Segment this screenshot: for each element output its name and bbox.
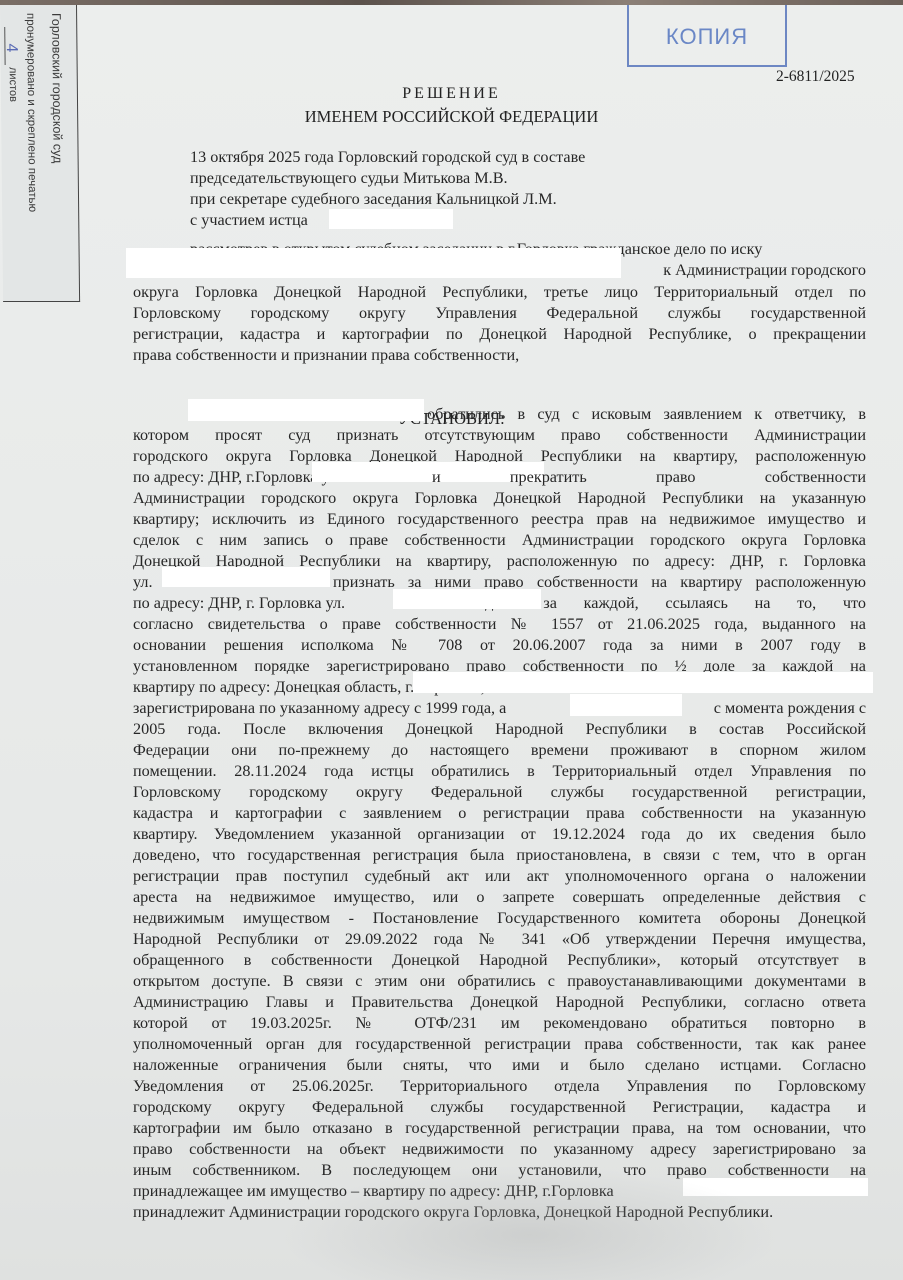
body-line: помещении. 28.11.2024 года истцы обратил… <box>133 762 866 781</box>
binding-strip: Горловский городской суд пронумеровано и… <box>0 5 80 302</box>
intro-line: Горловскому городскому округу Управления… <box>133 304 866 323</box>
redaction <box>188 399 424 421</box>
body-line: Администрацию Главы и Правительства Доне… <box>133 993 866 1012</box>
body-line: уполномоченный орган для государственной… <box>133 1035 866 1054</box>
body-line: ареста на недвижимое имущество, или о за… <box>133 888 866 907</box>
intro-line: округа Горловка Донецкой Народной Респуб… <box>133 283 866 302</box>
body-line: котором просят суд признать отсутствующи… <box>133 426 866 445</box>
intro-line: к Администрации городского <box>627 261 866 280</box>
body-line: наложенные ограничения были сняты, что и… <box>133 1056 866 1075</box>
intro-line: 13 октября 2025 года Горловский городско… <box>190 148 866 167</box>
redaction <box>162 567 330 587</box>
redaction <box>393 589 541 609</box>
body-line: квартиру. Уведомлением указанной организ… <box>133 825 866 844</box>
document-title: РЕШЕНИЕ <box>0 85 903 103</box>
intro-line: с участием истца <box>190 211 866 230</box>
body-line: согласно свидетельства о праве собственн… <box>133 615 866 634</box>
redaction <box>329 209 453 229</box>
body-line: квартиру; исключить из Единого государст… <box>133 510 866 529</box>
sheet-count-handwritten: 4 <box>2 44 20 53</box>
body-line: Народной Республики от 29.09.2022 года №… <box>133 930 866 949</box>
body-line: Администрации городского округа Горловка… <box>133 489 866 508</box>
case-number: 2-6811/2025 <box>776 68 855 86</box>
document-page: Горловский городской суд пронумеровано и… <box>0 5 903 1280</box>
body-line: иным собственником. В последующем они ус… <box>133 1161 866 1180</box>
body-line: по адресу: ДНР, г. Горловка ул. <box>133 594 393 613</box>
body-line: которой от 19.03.2025г. № ОТФ/231 им рек… <box>133 1014 866 1033</box>
copy-stamp: КОПИЯ <box>627 5 787 67</box>
intro-line: при секретаре судебного заседания Кальни… <box>190 190 866 209</box>
body-line: регистрации прав поступил судебный акт и… <box>133 867 866 886</box>
document-subtitle: ИМЕНЕМ РОССИЙСКОЙ ФЕДЕРАЦИИ <box>0 107 903 127</box>
body-line: обратились в суд с исковым заявлением к … <box>427 405 866 424</box>
body-line: обращенного в собственности Донецкой Нар… <box>133 951 866 970</box>
redaction <box>570 694 682 716</box>
body-line: принадлежащее им имущество – квартиру по… <box>133 1182 866 1201</box>
body-line: сделок с ним запись о праве собственност… <box>133 531 866 550</box>
body-line: право собственности на объект недвижимос… <box>133 1140 866 1159</box>
body-line: 2005 года. После включения Донецкой Наро… <box>133 720 866 739</box>
body-line: недвижимым имуществом - Постановление Го… <box>133 909 866 928</box>
body-line: картографии им было отказано в государст… <box>133 1119 866 1138</box>
redaction <box>413 672 873 693</box>
body-line: городскому округу Федеральной службы гос… <box>133 1098 866 1117</box>
body-line: Уведомления от 25.06.2025г. Территориаль… <box>133 1077 866 1096</box>
body-line: с момента рождения с <box>688 699 866 718</box>
body-line: кадастра и картографии с заявлением о ре… <box>133 804 866 823</box>
body-line: и прекратить право собственности <box>432 468 866 487</box>
body-line: принадлежит Администрации городского окр… <box>133 1203 866 1222</box>
copy-stamp-text: КОПИЯ <box>666 24 748 50</box>
body-line: Федерации они по-прежнему до настоящего … <box>133 741 866 760</box>
body-line: открытом доступе. В связи с этим они обр… <box>133 972 866 991</box>
body-line: доведено, что государственная регистраци… <box>133 846 866 865</box>
intro-line: регистрации, кадастра и картографии по Д… <box>133 325 866 344</box>
intro-line: права собственности и признании права со… <box>133 346 866 365</box>
body-line: Горловскому городскому округу Федерально… <box>133 783 866 802</box>
redaction <box>408 462 432 482</box>
body-line: основании решения исполкома № 708 от 20.… <box>133 636 866 655</box>
redaction <box>683 1178 868 1196</box>
intro-line: председательствующего судьи Митькова М.В… <box>190 169 866 188</box>
redaction <box>126 248 621 278</box>
